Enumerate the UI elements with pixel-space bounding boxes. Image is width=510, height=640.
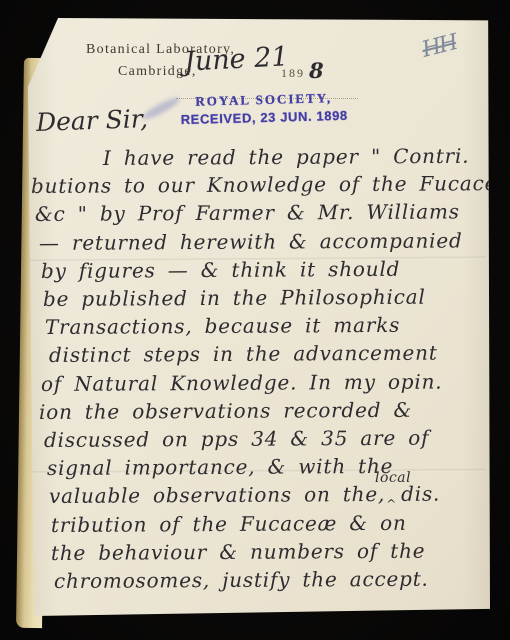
handwritten-line: butions to our Knowledge of the Fucaceæ <box>31 169 487 200</box>
stamp-line-1: ROYAL SOCIETY, <box>178 90 350 110</box>
handwritten-date: June 21 <box>183 41 289 77</box>
handwritten-line: tribution of the Fucaceæ & on <box>51 508 487 539</box>
handwritten-line: Transactions, because it marks <box>45 311 487 342</box>
letter-paper: Botanical Laboratory, Cambridge, June 21… <box>28 18 490 616</box>
inserted-word: local <box>375 464 411 492</box>
letter-body: I have read the paper " Contri. butions … <box>31 144 487 595</box>
handwritten-line: signal importance, & with the <box>47 452 487 483</box>
handwritten-line: discussed on pps 34 & 35 are of <box>44 423 487 454</box>
handwritten-line: I have read the paper " Contri. <box>103 142 487 173</box>
handwritten-line: — returned herewith & accompanied <box>39 226 487 257</box>
handwritten-line: ion the observations recorded & <box>39 395 487 426</box>
received-stamp: ROYAL SOCIETY, RECEIVED, 23 JUN. 1898 <box>178 90 351 127</box>
inserted-word-anchor: local^ <box>385 481 401 501</box>
handwritten-line: distinct steps in the advancement <box>49 339 487 370</box>
pencil-initials: HH <box>419 30 458 63</box>
handwritten-year-digit: 8 <box>309 58 324 83</box>
handwritten-line: the behaviour & numbers of the <box>51 536 487 567</box>
stamp-line-2: RECEIVED, 23 JUN. 1898 <box>178 108 350 127</box>
insertion-before-text: valuable observations on the, <box>49 482 385 508</box>
handwritten-line: be published in the Philosophical <box>43 282 487 313</box>
handwritten-line: by figures — & think it should <box>41 254 487 285</box>
handwritten-line: &c " by Prof Farmer & Mr. Williams <box>35 198 487 229</box>
salutation: Dear Sir, <box>36 104 149 137</box>
handwritten-line: chromosomes, justify the accept. <box>54 564 487 595</box>
handwritten-line: of Natural Knowledge. In my opin. <box>41 367 487 398</box>
printed-year: 189 <box>281 66 305 81</box>
handwritten-line-with-insertion: valuable observations on the,local^dis. <box>49 480 487 511</box>
